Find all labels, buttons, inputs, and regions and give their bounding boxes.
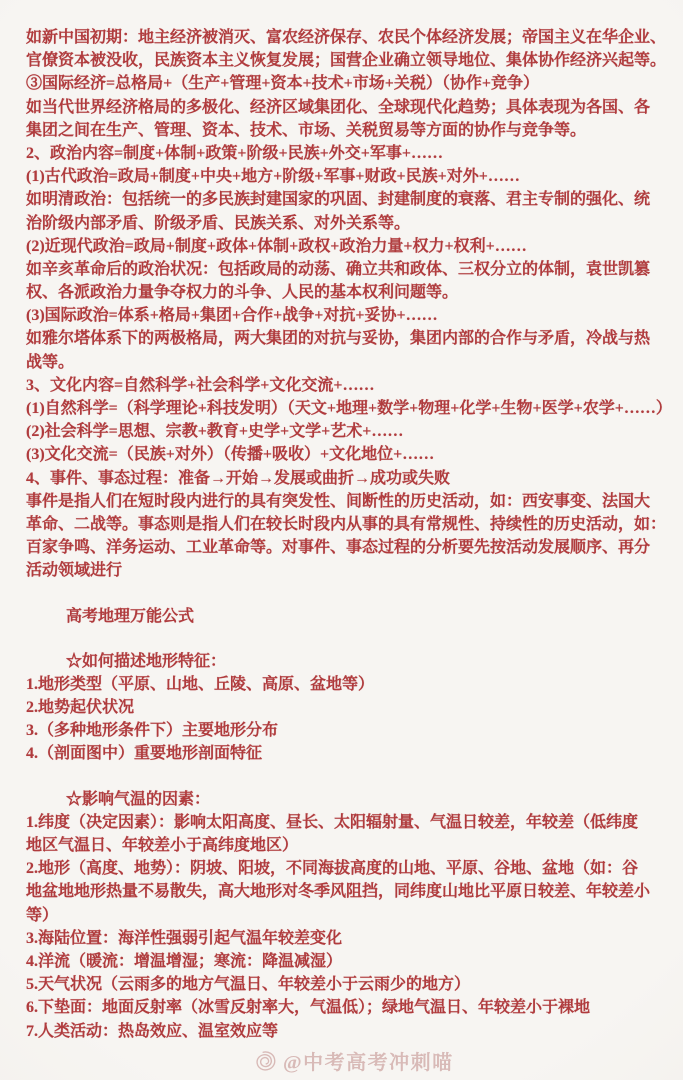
text-line: 权、各派政治力量争夺权力的斗争、人民的基本权利问题等。 <box>26 281 673 304</box>
text-line: 3.海陆位置：海洋性强弱引起气温年较差变化 <box>26 927 673 950</box>
text-line: 革命、二战等。事态则是指人们在较长时段内从事的具有常规性、持续性的历史活动，如： <box>26 513 673 536</box>
text-line: 集团之间在生产、管理、资本、技术、市场、关税贸易等方面的协作与竞争等。 <box>26 119 673 142</box>
text-line: 等） <box>26 904 673 927</box>
text-line: 1.纬度（决定因素）：影响太阳高度、昼长、太阳辐射量、气温日较差，年较差（低纬度 <box>26 811 673 834</box>
text-line: 活动领域进行 <box>26 559 673 582</box>
blank-line <box>26 628 673 650</box>
text-line: (1)自然科学=（科学理论+科技发明）（天文+地理+数学+物理+化学+生物+医学… <box>26 397 673 420</box>
text-line: ☆如何描述地形特征： <box>26 650 673 673</box>
text-line: 5.天气状况（云雨多的地方气温日、年较差小于云雨少的地方） <box>26 973 673 996</box>
text-line: 2.地势起伏状况 <box>26 696 673 719</box>
blank-line <box>26 766 673 788</box>
text-line: 治阶级内部矛盾、阶级矛盾、民族关系、对外关系等。 <box>26 212 673 235</box>
text-line: 地盆地地形热量不易散失，高大地形对冬季风阻挡，同纬度山地比平原日较差、年较差小 <box>26 880 673 903</box>
blank-line <box>26 583 673 605</box>
spiral-icon <box>250 1045 281 1076</box>
text-line: (1)古代政治=政局+制度+中央+地方+阶级+军事+财政+民族+对外+…… <box>26 165 673 188</box>
text-line: 3.（多种地形条件下）主要地形分布 <box>26 719 673 742</box>
text-line: 事件是指人们在短时段内进行的具有突发性、间断性的历史活动，如：西安事变、法国大 <box>26 490 673 513</box>
watermark: @中考高考冲刺喵 <box>252 1046 454 1075</box>
text-line: 战等。 <box>26 351 673 374</box>
watermark-text: @中考高考冲刺喵 <box>283 1046 454 1075</box>
text-line: 4、事件、事态过程：准备→开始→发展或曲折→成功或失败 <box>26 467 673 490</box>
text-line: 如明清政治：包括统一的多民族封建国家的巩固、封建制度的衰落、君主专制的强化、统 <box>26 188 673 211</box>
text-line: (3)文化交流=（民族+对外）（传播+吸收）+文化地位+…… <box>26 443 673 466</box>
document-lines: 如新中国初期：地主经济被消灭、富农经济保存、农民个体经济发展；帝国主义在华企业、… <box>26 26 673 1043</box>
text-line: 如新中国初期：地主经济被消灭、富农经济保存、农民个体经济发展；帝国主义在华企业、 <box>26 26 673 49</box>
text-line: 2.地形（高度、地势）：阴坡、阳坡，不同海拔高度的山地、平原、谷地、盆地（如：谷 <box>26 857 673 880</box>
text-line: ☆影响气温的因素： <box>26 788 673 811</box>
text-line: 如雅尔塔体系下的两极格局，两大集团的对抗与妥协，集团内部的合作与矛盾，冷战与热 <box>26 327 673 350</box>
text-line: (2)近现代政治=政局+制度+政体+体制+政权+政治力量+权力+权利+…… <box>26 235 673 258</box>
text-line: 地区气温日、年较差小于高纬度地区） <box>26 834 673 857</box>
text-line: (2)社会科学=思想、宗教+教育+史学+文学+艺术+…… <box>26 420 673 443</box>
text-line: 如辛亥革命后的政治状况：包括政局的动荡、确立共和政体、三权分立的体制，袁世凯篡 <box>26 258 673 281</box>
text-line: 官僚资本被没收，民族资本主义恢复发展；国营企业确立领导地位、集体协作经济兴起等。 <box>26 49 673 72</box>
text-line: 4.洋流（暖流：增温增湿；寒流：降温减湿） <box>26 950 673 973</box>
text-line: 1.地形类型（平原、山地、丘陵、高原、盆地等） <box>26 673 673 696</box>
text-line: 高考地理万能公式 <box>26 605 673 628</box>
text-line: ③国际经济=总格局+（生产+管理+资本+技术+市场+关税）（协作+竞争） <box>26 72 673 95</box>
text-line: (3)国际政治=体系+格局+集团+合作+战争+对抗+妥协+…… <box>26 304 673 327</box>
notes-page: 如新中国初期：地主经济被消灭、富农经济保存、农民个体经济发展；帝国主义在华企业、… <box>0 0 683 1080</box>
text-line: 百家争鸣、洋务运动、工业革命等。对事件、事态过程的分析要先按活动发展顺序、再分 <box>26 536 673 559</box>
text-line: 4.（剖面图中）重要地形剖面特征 <box>26 742 673 765</box>
text-line: 7.人类活动：热岛效应、温室效应等 <box>26 1020 673 1043</box>
text-line: 6.下垫面：地面反射率（冰雪反射率大，气温低）；绿地气温日、年较差小于裸地 <box>26 996 673 1019</box>
text-line: 3、文化内容=自然科学+社会科学+文化交流+…… <box>26 374 673 397</box>
text-line: 如当代世界经济格局的多极化、经济区域集团化、全球现代化趋势；具体表现为各国、各 <box>26 96 673 119</box>
text-line: 2、政治内容=制度+体制+政策+阶级+民族+外交+军事+…… <box>26 142 673 165</box>
